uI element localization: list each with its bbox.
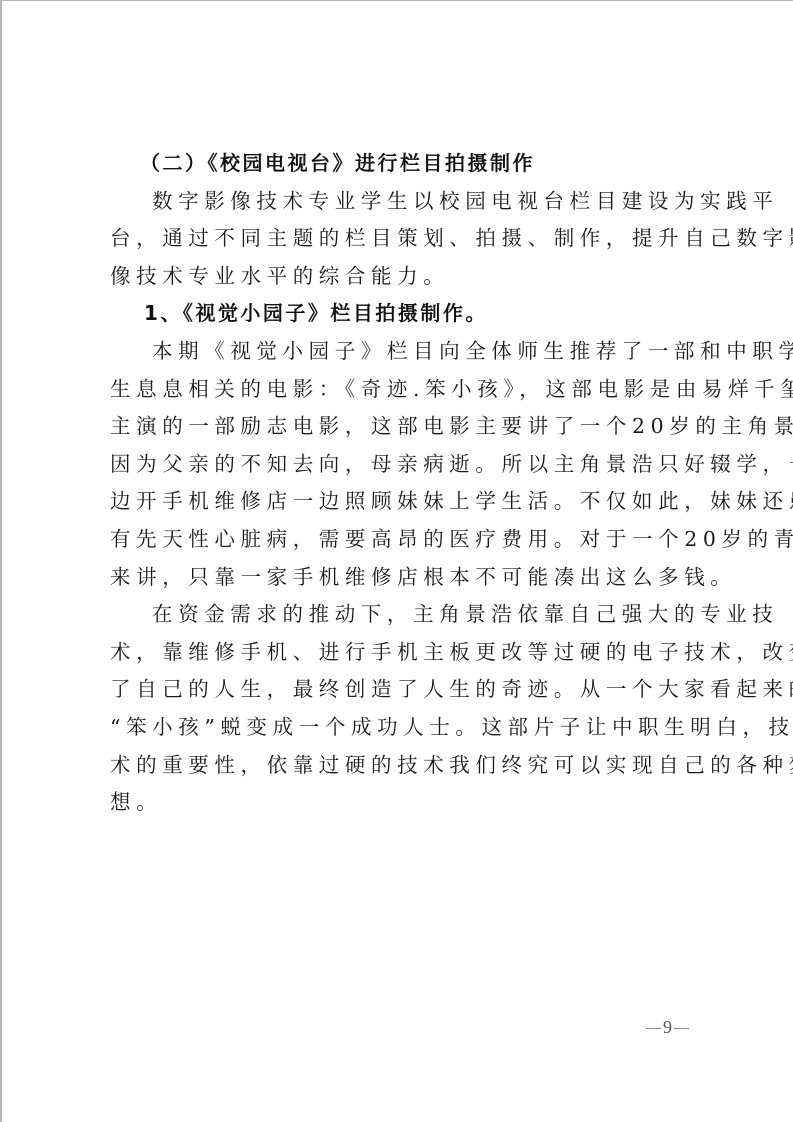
- paragraph-line: 像技术专业水平的综合能力。: [110, 258, 694, 296]
- paragraph-line: 有先天性心脏病，需要高昂的医疗费用。对于一个20岁的青年: [110, 521, 694, 559]
- paragraph-line: 主演的一部励志电影，这部电影主要讲了一个20岁的主角景浩: [110, 408, 694, 446]
- subheading: 1、《视觉小园子》栏目拍摄制作。: [110, 295, 694, 333]
- dash-left: [646, 1028, 661, 1029]
- paragraph-3: 在资金需求的推动下，主角景浩依靠自己强大的专业技 术，靠维修手机、进行手机主板更…: [110, 596, 694, 822]
- paragraph-line: 台，通过不同主题的栏目策划、拍摄、制作，提升自己数字影: [110, 220, 694, 258]
- page-number-value: 9: [663, 1017, 672, 1037]
- page-number: 9: [644, 1017, 691, 1038]
- paragraph-line: “笨小孩”蜕变成一个成功人士。这部片子让中职生明白，技: [110, 709, 694, 747]
- paragraph-line: 在资金需求的推动下，主角景浩依靠自己强大的专业技: [110, 596, 694, 634]
- dash-right: [674, 1028, 689, 1029]
- paragraph-line: 生息息相关的电影：《奇迹.笨小孩》，这部电影是由易烊千玺: [110, 371, 694, 409]
- paragraph-2: 本期《视觉小园子》栏目向全体师生推荐了一部和中职学 生息息相关的电影：《奇迹.笨…: [110, 333, 694, 596]
- paragraph-line: 来讲，只靠一家手机维修店根本不可能凑出这么多钱。: [110, 559, 694, 597]
- paragraph-1: 数字影像技术专业学生以校园电视台栏目建设为实践平 台，通过不同主题的栏目策划、拍…: [110, 183, 694, 296]
- paragraph-line: 边开手机维修店一边照顾妹妹上学生活。不仅如此，妹妹还患: [110, 483, 694, 521]
- paragraph-line: 术，靠维修手机、进行手机主板更改等过硬的电子技术，改变: [110, 634, 694, 672]
- page-content: （二）《校园电视台》进行栏目拍摄制作 数字影像技术专业学生以校园电视台栏目建设为…: [110, 145, 694, 822]
- paragraph-line: 数字影像技术专业学生以校园电视台栏目建设为实践平: [110, 183, 694, 221]
- paragraph-line: 因为父亲的不知去向，母亲病逝。所以主角景浩只好辍学，一: [110, 446, 694, 484]
- paragraph-line: 术的重要性，依靠过硬的技术我们终究可以实现自己的各种梦: [110, 747, 694, 785]
- section-heading: （二）《校园电视台》进行栏目拍摄制作: [110, 145, 694, 183]
- paragraph-line: 想。: [110, 784, 694, 822]
- paragraph-line: 本期《视觉小园子》栏目向全体师生推荐了一部和中职学: [110, 333, 694, 371]
- paragraph-line: 了自己的人生，最终创造了人生的奇迹。从一个大家看起来的: [110, 671, 694, 709]
